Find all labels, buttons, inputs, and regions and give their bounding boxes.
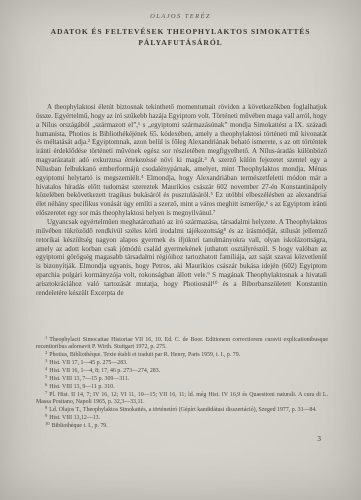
footnote-text: Hist. VII 17, 1—45 p. 275—283. (49, 360, 127, 366)
body-paragraph: A theophylaktosi életút biztosnak tekint… (36, 103, 327, 218)
page-number: 3 (317, 435, 321, 443)
article-body: A theophylaktosi életút biztosnak tekint… (36, 103, 327, 298)
footnote-number: 3 (45, 358, 47, 363)
footnote-number: 6 (45, 382, 47, 387)
footnote-text: Hist. VIII 13,12—13. (49, 415, 100, 421)
footnote-number: 2 (45, 350, 47, 355)
footnote-item: 7Pl. Hist. II 14, 7; IV 16, 12; VI 11, 1… (36, 391, 328, 406)
body-paragraph: Ugyancsak egyértelműen meghatározható az… (36, 218, 327, 298)
footnote-text: Hist. VII 16, 1—4, 8; 17, 46 p. 273—274,… (49, 368, 160, 374)
footnote-text: Hist. VIII 13, 7—15 p. 309—311. (49, 376, 129, 382)
footnote-text: Pl. Hist. II 14, 7; IV 16, 12; VI 11, 10… (36, 392, 328, 405)
footnote-text: Bibliothèque t. I., p. 79. (52, 423, 108, 429)
footnote-number: 7 (45, 390, 47, 395)
author-name: OLAJOS TERÉZ (0, 13, 361, 20)
footnote-item: 9Hist. VIII 13,12—13. (36, 414, 328, 422)
footnote-item: 5Hist. VIII 13, 7—15 p. 309—311. (36, 375, 328, 383)
footnote-item: 8Ld. Olajos T., Theophylaktos Simokattés… (36, 406, 328, 414)
footnote-number: 10 (45, 421, 50, 426)
footnote-item: 4Hist. VII 16, 1—4, 8; 17, 46 p. 273—274… (36, 367, 328, 375)
footnote-text: Photius, Bibliothèque. Texte établi et t… (49, 352, 240, 358)
footnote-text: Hist. VIII 13, 9—11 p. 310. (49, 384, 114, 390)
footnote-item: 1Theophylacti Simocattae Historiae VII 1… (36, 336, 328, 351)
page-title: ADATOK ÉS FELTEVÉSEK THEOPHYLAKTOS SIMOK… (42, 27, 319, 48)
scanned-page: OLAJOS TERÉZ ADATOK ÉS FELTEVÉSEK THEOPH… (0, 0, 361, 500)
footnote-number: 8 (45, 405, 47, 410)
footnote-item: 10Bibliothèque t. I., p. 79. (36, 422, 328, 430)
footnote-item: 6Hist. VIII 13, 9—11 p. 310. (36, 383, 328, 391)
footnote-number: 1 (45, 335, 47, 340)
footnote-number: 9 (45, 413, 47, 418)
footnote-item: 2Photius, Bibliothèque. Texte établi et … (36, 351, 328, 359)
footnote-text: Ld. Olajos T., Theophylaktos Simokattés,… (49, 407, 316, 413)
footnote-number: 4 (45, 366, 47, 371)
footnotes-section: 1Theophylacti Simocattae Historiae VII 1… (36, 336, 328, 430)
footnote-item: 3Hist. VII 17, 1—45 p. 275—283. (36, 359, 328, 367)
footnote-text: Theophylacti Simocattae Historiae VII 16… (36, 337, 328, 350)
footnote-number: 5 (45, 374, 47, 379)
